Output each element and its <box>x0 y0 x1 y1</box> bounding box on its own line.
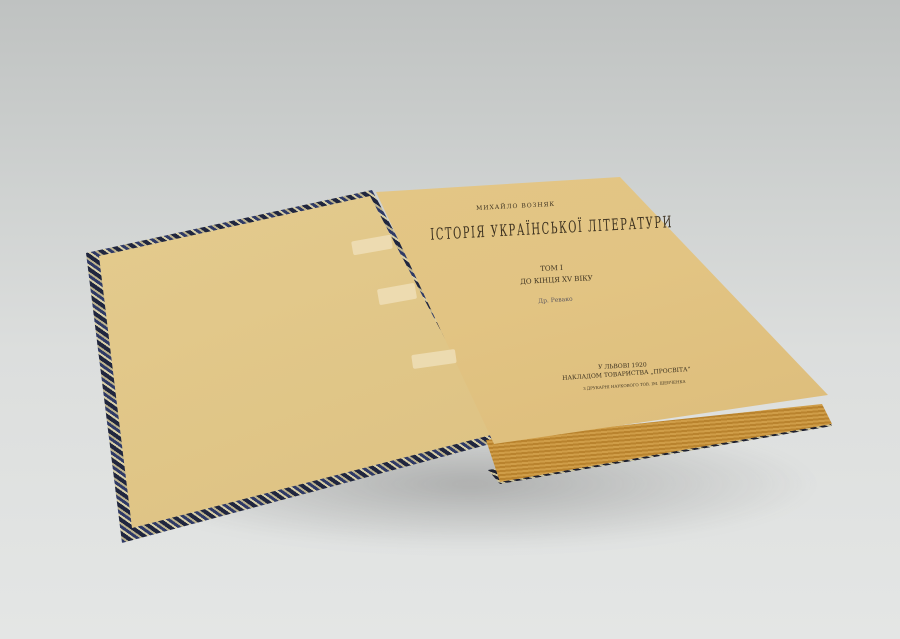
volume-label: ТОМ I <box>540 264 563 273</box>
book-photo: МИХАЙЛО ВОЗНЯК ІСТОРІЯ УКРАЇНСЬКОЇ ЛІТЕР… <box>0 0 900 639</box>
